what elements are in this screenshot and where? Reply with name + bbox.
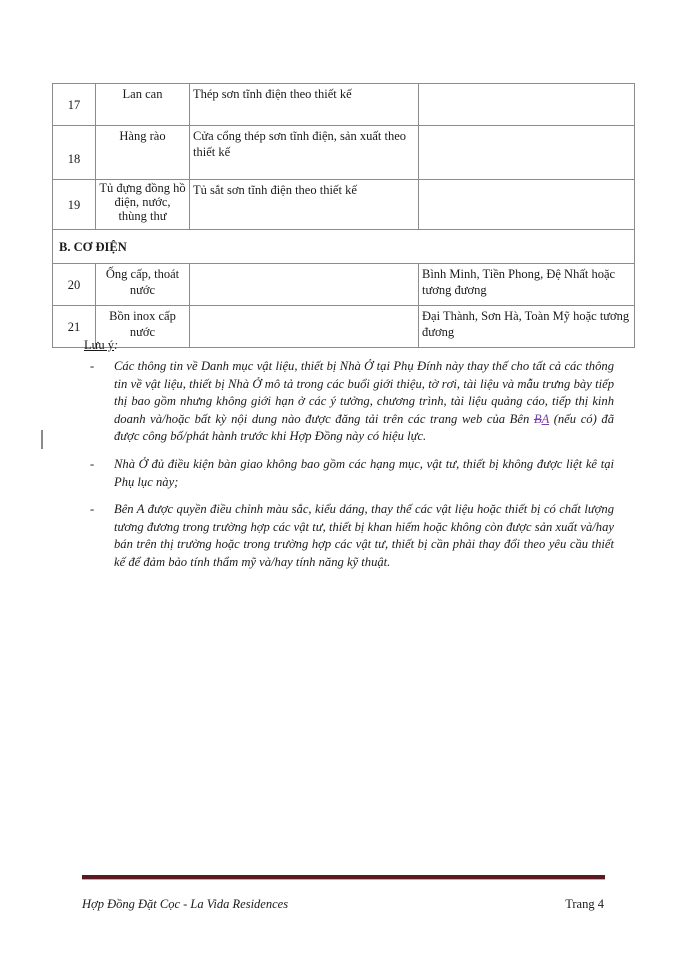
- section-title: B. CƠ ĐIỆN: [53, 230, 635, 264]
- notes-title-colon: :: [114, 338, 118, 352]
- notes-list: - Các thông tin về Danh mục vật liệu, th…: [90, 358, 614, 582]
- table-row: 21 Bồn inox cấp nước Đại Thành, Sơn Hà, …: [53, 306, 635, 348]
- list-item: - Nhà Ở đủ điều kiện bàn giao không bao …: [90, 456, 614, 491]
- item-name: Hàng rào: [96, 126, 190, 180]
- item-description: [190, 264, 419, 306]
- section-header-row: B. CƠ ĐIỆN: [53, 230, 635, 264]
- item-description: Tủ sắt sơn tĩnh điện theo thiết kế: [190, 180, 419, 230]
- tracked-insertion: A: [542, 412, 549, 426]
- footer-document-title: Hợp Đồng Đặt Cọc - La Vida Residences: [82, 897, 288, 912]
- row-number: 20: [53, 264, 96, 306]
- row-number: 19: [53, 180, 96, 230]
- tracked-deletion: B: [534, 412, 542, 426]
- item-brand: Bình Minh, Tiền Phong, Đệ Nhất hoặc tươn…: [419, 264, 635, 306]
- footer-divider: [82, 875, 605, 880]
- list-item: - Bên A được quyền điều chỉnh màu sắc, k…: [90, 501, 614, 571]
- item-description: Thép sơn tĩnh điện theo thiết kế: [190, 84, 419, 126]
- table-row: 19 Tủ đựng đồng hồ điện, nước, thùng thư…: [53, 180, 635, 230]
- footer-page-number: Trang 4: [565, 897, 604, 912]
- item-name: Ống cấp, thoát nước: [96, 264, 190, 306]
- track-change-bar: [41, 430, 43, 449]
- row-number: 18: [53, 126, 96, 180]
- table-row: 17 Lan can Thép sơn tĩnh điện theo thiết…: [53, 84, 635, 126]
- item-brand: [419, 84, 635, 126]
- row-number: 17: [53, 84, 96, 126]
- notes-title: Lưu ý: [84, 338, 114, 352]
- notes-heading: Lưu ý:: [84, 338, 118, 353]
- item-description: [190, 306, 419, 348]
- note-text: Nhà Ở đủ điều kiện bàn giao không bao gồ…: [114, 457, 614, 489]
- item-brand: [419, 126, 635, 180]
- materials-table: 17 Lan can Thép sơn tĩnh điện theo thiết…: [52, 83, 635, 348]
- document-page: 17 Lan can Thép sơn tĩnh điện theo thiết…: [0, 0, 686, 970]
- note-text: Bên A được quyền điều chỉnh màu sắc, kiể…: [114, 502, 614, 569]
- item-brand: Đại Thành, Sơn Hà, Toàn Mỹ hoặc tương đư…: [419, 306, 635, 348]
- table-row: 18 Hàng rào Cửa cổng thép sơn tĩnh điện,…: [53, 126, 635, 180]
- bullet-dash: -: [90, 501, 94, 519]
- item-brand: [419, 180, 635, 230]
- item-name: Tủ đựng đồng hồ điện, nước, thùng thư: [96, 180, 190, 230]
- list-item: - Các thông tin về Danh mục vật liệu, th…: [90, 358, 614, 446]
- item-description: Cửa cổng thép sơn tĩnh điện, sản xuất th…: [190, 126, 419, 180]
- bullet-dash: -: [90, 358, 94, 376]
- table-row: 20 Ống cấp, thoát nước Bình Minh, Tiền P…: [53, 264, 635, 306]
- bullet-dash: -: [90, 456, 94, 474]
- item-name: Lan can: [96, 84, 190, 126]
